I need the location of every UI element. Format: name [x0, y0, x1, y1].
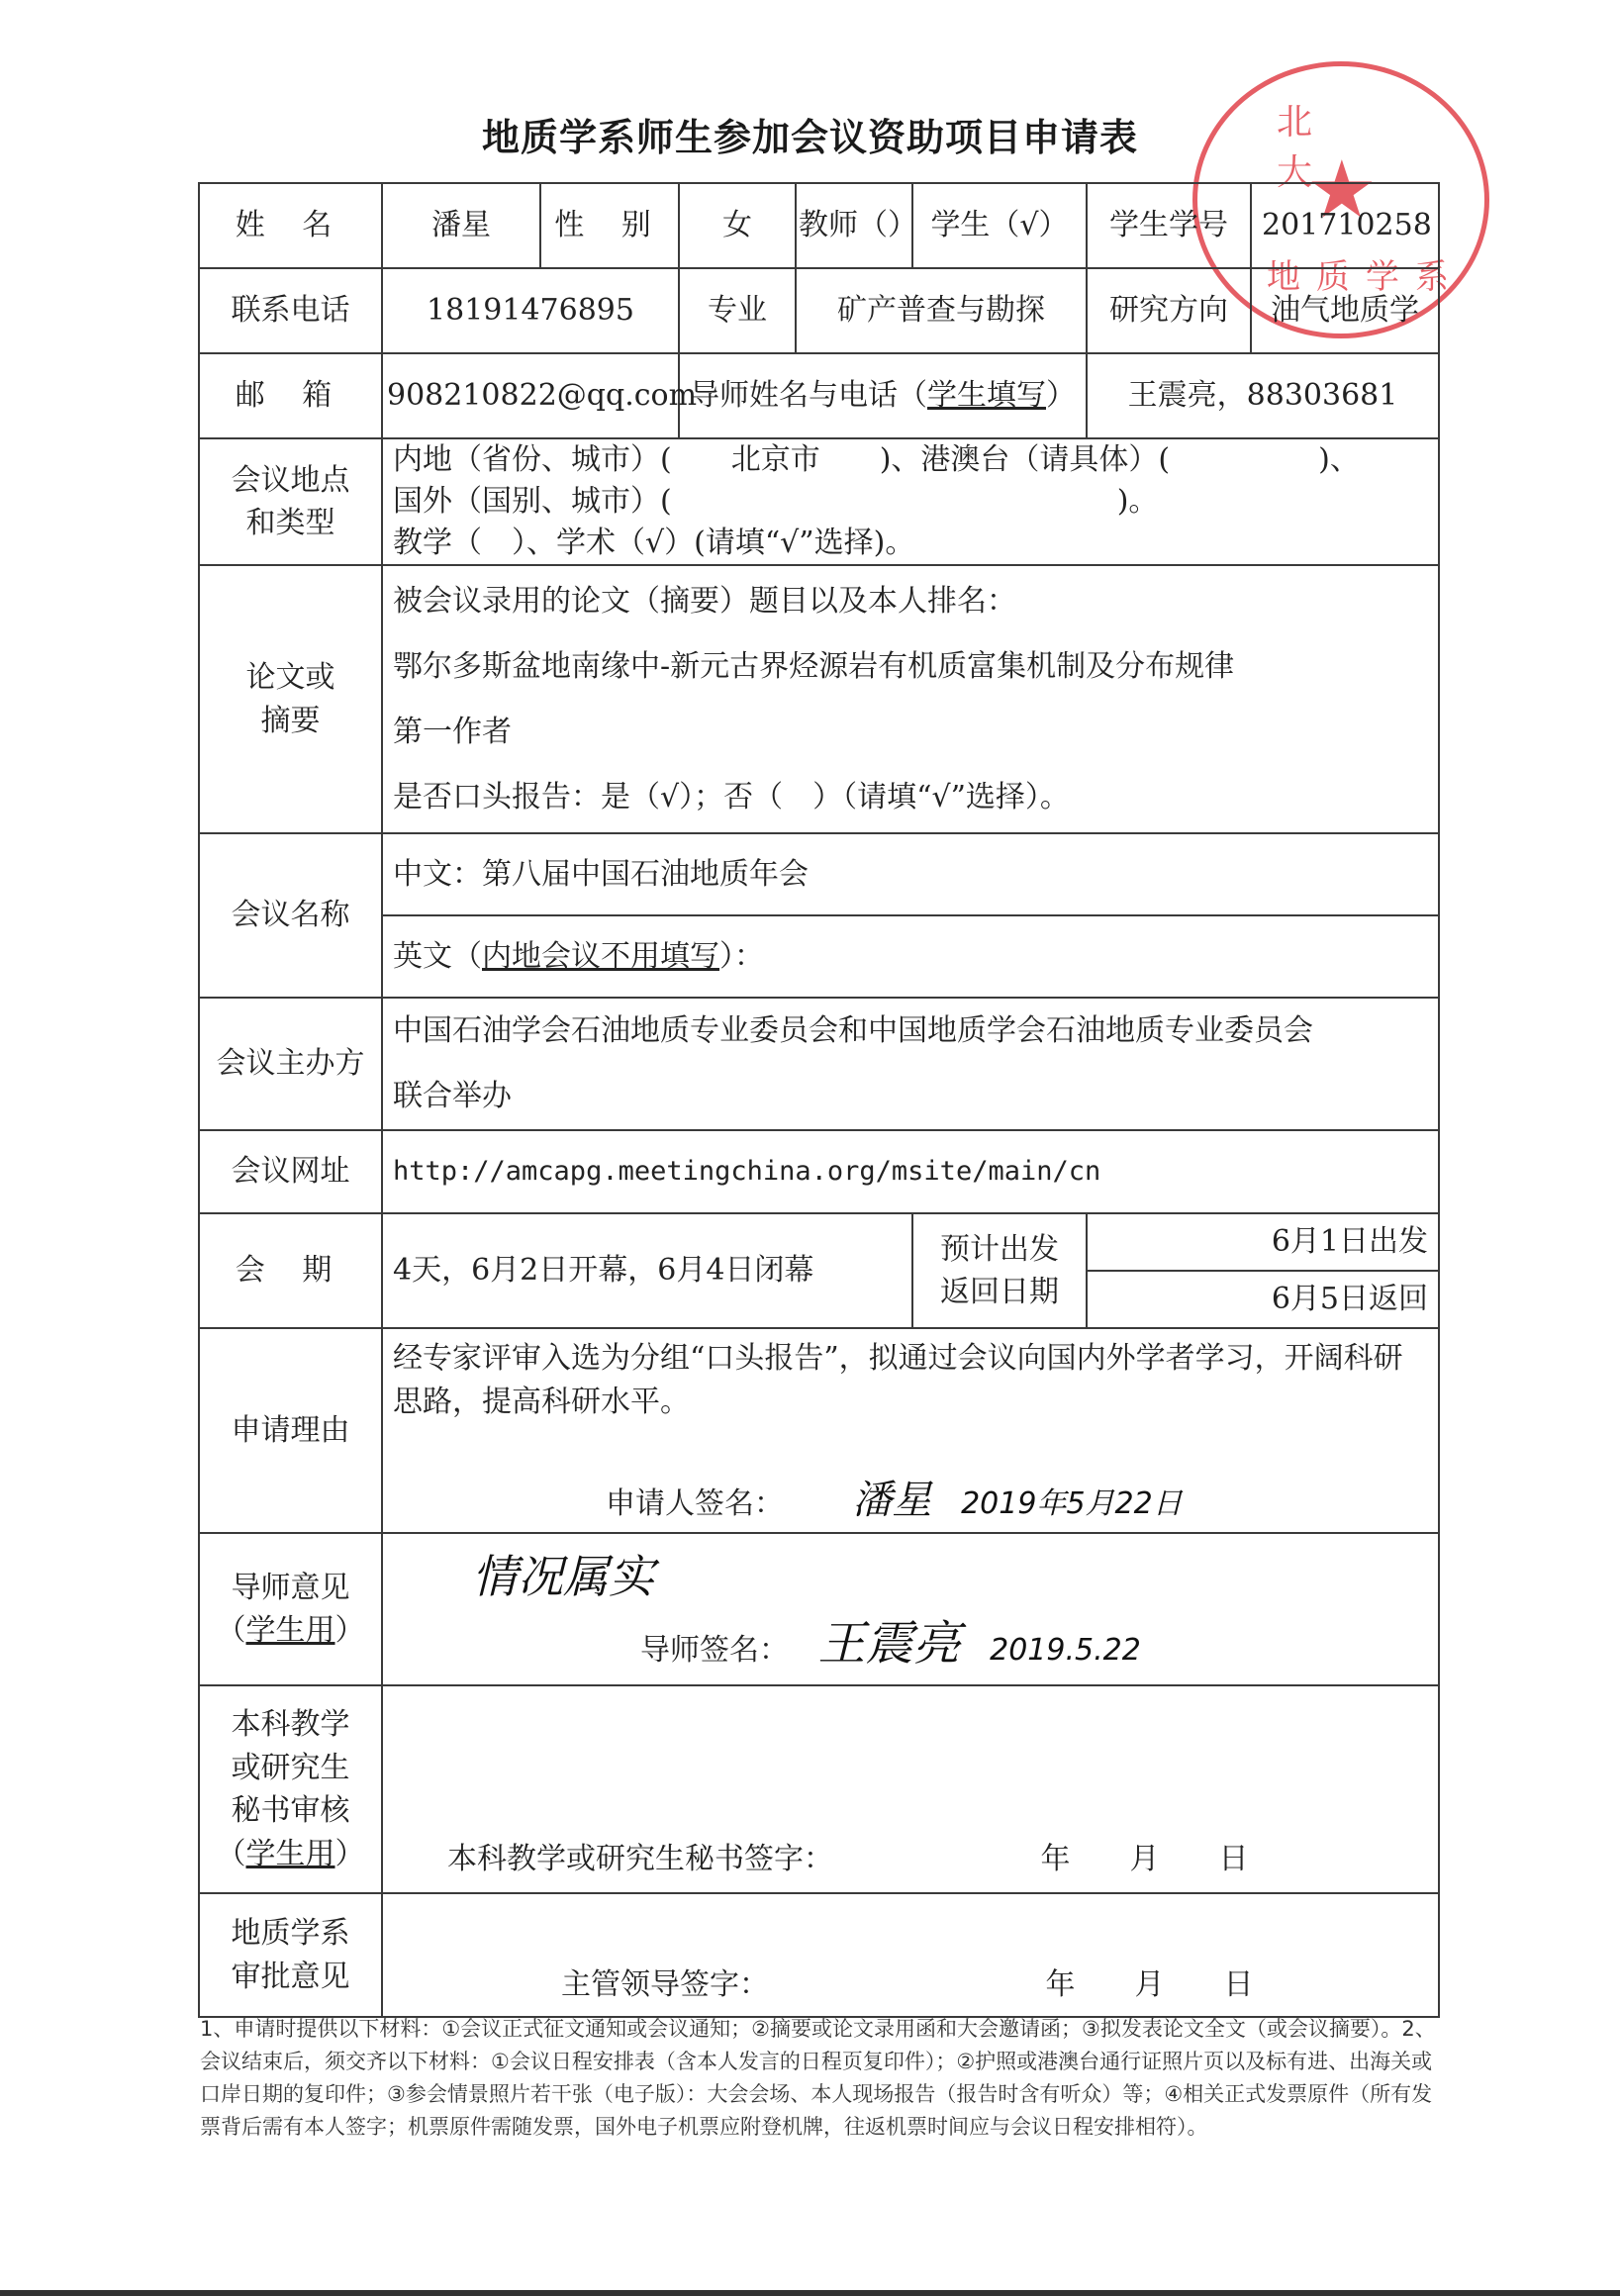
department-label-line1: 地质学系 — [210, 1912, 371, 1956]
reason-field[interactable]: 经专家评审入选为分组“口头报告”，拟通过会议向国内外学者学习，开阔科研思路，提高… — [382, 1328, 1439, 1533]
location-label-line2: 和类型 — [210, 502, 371, 545]
website-field[interactable]: http://amcapg.meetingchina.org/msite/mai… — [382, 1130, 1439, 1213]
applicant-signature-row: 申请人签名： 潘星 2019年5月22日 — [393, 1472, 1428, 1529]
secretary-label-line3: 秘书审核 — [210, 1789, 371, 1833]
row-reason: 申请理由 经专家评审入选为分组“口头报告”，拟通过会议向国内外学者学习，开阔科研… — [199, 1328, 1439, 1533]
applicant-signature[interactable]: 潘星 — [853, 1478, 932, 1523]
advisor-label-suffix: ） — [1046, 378, 1076, 413]
paper-label-line2: 摘要 — [210, 700, 371, 743]
row-contact: 联系电话 18191476895 专业 矿产普查与勘探 研究方向 油气地质学 — [199, 268, 1439, 353]
label-student-use: 学生用 — [246, 1613, 335, 1648]
secretary-review-label: 本科教学 或研究生 秘书审核 （学生用） — [199, 1685, 382, 1893]
secretary-date-field[interactable]: 年 月 日 — [1041, 1842, 1249, 1876]
row-conference-name-cn: 会议名称 中文：第八届中国石油地质年会 — [199, 833, 1439, 915]
applicant-signature-label: 申请人签名： — [606, 1486, 784, 1521]
secretary-review-field[interactable]: 本科教学或研究生秘书签字： 年 月 日 — [382, 1685, 1439, 1893]
travel-dates-label: 预计出发 返回日期 — [912, 1213, 1087, 1328]
advisor-signature-label: 导师签名： — [640, 1633, 789, 1668]
secretary-signature-label: 本科教学或研究生秘书签字： — [447, 1842, 833, 1876]
scan-bottom-edge — [0, 2290, 1620, 2296]
advisor-opinion-field[interactable]: 情况属实 导师签名： 王震亮 2019.5.22 — [382, 1533, 1439, 1685]
research-direction-field[interactable]: 油气地质学 — [1251, 268, 1439, 353]
english-note: 内地会议不用填写 — [482, 939, 719, 974]
paper-intro: 被会议录用的论文（摘要）题目以及本人排名： — [393, 569, 1428, 634]
page-title: 地质学系师生参加会议资助项目申请表 — [0, 107, 1620, 161]
row-email: 邮 箱 908210822@qq.com 导师姓名与电话（学生填写） 王震亮，8… — [199, 353, 1439, 438]
advisor-opinion-text[interactable]: 情况属实 — [393, 1544, 1428, 1610]
conference-name-cn-field[interactable]: 中文：第八届中国石油地质年会 — [382, 833, 1439, 915]
advisor-signature-row: 导师签名： 王震亮 2019.5.22 — [393, 1610, 1428, 1679]
student-id-label: 学生学号 — [1087, 183, 1251, 268]
oral-report-choice[interactable]: 是否口头报告：是（√）；否（ ）（请填“√”选择）。 — [393, 765, 1428, 830]
row-conference-name-en: 英文（内地会议不用填写）： — [199, 915, 1439, 998]
website-label: 会议网址 — [199, 1130, 382, 1213]
location-field[interactable]: 内地（省份、城市）( 北京市 )、港澳台（请具体）( )、 国外（国别、城市）(… — [382, 438, 1439, 565]
label-student-use: 学生用 — [246, 1837, 335, 1871]
paper-label: 论文或 摘要 — [199, 565, 382, 833]
row-basic-info: 姓 名 潘星 性 别 女 教师（） 学生（√） 学生学号 201710258 — [199, 183, 1439, 268]
author-rank[interactable]: 第一作者 — [393, 700, 1428, 765]
departure-date-field[interactable]: 6月1日出发 — [1087, 1213, 1439, 1271]
teacher-option-checkbox[interactable]: 教师（） — [796, 183, 912, 268]
organizer-line2[interactable]: 联合举办 — [393, 1064, 1428, 1129]
paper-field[interactable]: 被会议录用的论文（摘要）题目以及本人排名： 鄂尔多斯盆地南缘中-新元古界烃源岩有… — [382, 565, 1439, 833]
research-direction-label: 研究方向 — [1087, 268, 1251, 353]
row-period-departure: 会 期 4天，6月2日开幕，6月4日闭幕 预计出发 返回日期 6月1日出发 — [199, 1213, 1439, 1271]
application-form-table: 姓 名 潘星 性 别 女 教师（） 学生（√） 学生学号 201710258 联… — [198, 182, 1440, 2018]
location-label-line1: 会议地点 — [210, 459, 371, 503]
reason-label: 申请理由 — [199, 1328, 382, 1533]
label-paren-close: ） — [335, 1613, 365, 1648]
secretary-signature-row: 本科教学或研究生秘书签字： 年 月 日 — [393, 1838, 1428, 1881]
english-prefix: 英文（ — [393, 939, 482, 974]
location-foreign[interactable]: 国外（国别、城市）( )。 — [393, 481, 1428, 523]
advisor-field[interactable]: 王震亮，88303681 — [1087, 353, 1439, 438]
row-paper: 论文或 摘要 被会议录用的论文（摘要）题目以及本人排名： 鄂尔多斯盆地南缘中-新… — [199, 565, 1439, 833]
conference-name-label: 会议名称 — [199, 833, 382, 998]
row-location: 会议地点 和类型 内地（省份、城市）( 北京市 )、港澳台（请具体）( )、 国… — [199, 438, 1439, 565]
organizer-line1[interactable]: 中国石油学会石油地质专业委员会和中国地质学会石油地质专业委员会 — [393, 999, 1428, 1064]
phone-label: 联系电话 — [199, 268, 382, 353]
department-approval-field[interactable]: 主管领导签字： 年 月 日 — [382, 1893, 1439, 2017]
row-advisor-opinion: 导师意见 （学生用） 情况属实 导师签名： 王震亮 2019.5.22 — [199, 1533, 1439, 1685]
applicant-date[interactable]: 2019年5月22日 — [961, 1486, 1183, 1521]
row-secretary-review: 本科教学 或研究生 秘书审核 （学生用） 本科教学或研究生秘书签字： 年 月 日 — [199, 1685, 1439, 1893]
advisor-opinion-label: 导师意见 （学生用） — [199, 1533, 382, 1685]
leader-date-field[interactable]: 年 月 日 — [1046, 1967, 1254, 2002]
advisor-label-prefix: 导师姓名与电话（ — [690, 378, 927, 413]
period-field[interactable]: 4天，6月2日开幕，6月4日闭幕 — [382, 1213, 912, 1328]
period-label: 会 期 — [199, 1213, 382, 1328]
secretary-label-line1: 本科教学 — [210, 1703, 371, 1747]
row-website: 会议网址 http://amcapg.meetingchina.org/msit… — [199, 1130, 1439, 1213]
leader-signature-label: 主管领导签字： — [561, 1967, 769, 2002]
advisor-label-note: 学生填写 — [927, 378, 1046, 413]
location-domestic[interactable]: 内地（省份、城市）( 北京市 )、港澳台（请具体）( )、 — [393, 439, 1428, 481]
department-label-line2: 审批意见 — [210, 1956, 371, 1999]
advisor-opinion-label-line1: 导师意见 — [210, 1567, 371, 1610]
label-paren-close: ） — [335, 1837, 365, 1871]
organizer-label: 会议主办方 — [199, 998, 382, 1130]
name-label: 姓 名 — [199, 183, 382, 268]
advisor-label: 导师姓名与电话（学生填写） — [679, 353, 1087, 438]
student-id-field[interactable]: 201710258 — [1251, 183, 1439, 268]
name-field[interactable]: 潘星 — [382, 183, 540, 268]
row-department-approval: 地质学系 审批意见 主管领导签字： 年 月 日 — [199, 1893, 1439, 2017]
label-paren-open: （ — [217, 1837, 246, 1871]
label-paren-open: （ — [217, 1613, 246, 1648]
travel-label-line1: 预计出发 — [923, 1228, 1076, 1272]
secretary-label-line2: 或研究生 — [210, 1747, 371, 1790]
paper-label-line1: 论文或 — [210, 656, 371, 700]
english-suffix: ）： — [719, 939, 764, 974]
conference-name-en-field[interactable]: 英文（内地会议不用填写）： — [382, 915, 1439, 998]
major-field[interactable]: 矿产普查与勘探 — [796, 268, 1087, 353]
reason-text[interactable]: 经专家评审入选为分组“口头报告”，拟通过会议向国内外学者学习，开阔科研思路，提高… — [393, 1337, 1428, 1424]
return-date-field[interactable]: 6月5日返回 — [1087, 1271, 1439, 1328]
advisor-date[interactable]: 2019.5.22 — [990, 1633, 1141, 1668]
conference-type[interactable]: 教学（ ）、学术（√）(请填“√”选择)。 — [393, 523, 1428, 564]
department-approval-label: 地质学系 审批意见 — [199, 1893, 382, 2017]
major-label: 专业 — [679, 268, 796, 353]
email-field[interactable]: 908210822@qq.com — [382, 353, 679, 438]
row-organizer: 会议主办方 中国石油学会石油地质专业委员会和中国地质学会石油地质专业委员会 联合… — [199, 998, 1439, 1130]
gender-label: 性 别 — [540, 183, 679, 268]
email-label: 邮 箱 — [199, 353, 382, 438]
organizer-field[interactable]: 中国石油学会石油地质专业委员会和中国地质学会石油地质专业委员会 联合举办 — [382, 998, 1439, 1130]
advisor-signature[interactable]: 王震亮 — [818, 1616, 961, 1672]
gender-field[interactable]: 女 — [679, 183, 796, 268]
phone-field[interactable]: 18191476895 — [382, 268, 679, 353]
student-option-checkbox[interactable]: 学生（√） — [912, 183, 1087, 268]
travel-label-line2: 返回日期 — [923, 1271, 1076, 1314]
paper-title[interactable]: 鄂尔多斯盆地南缘中-新元古界烃源岩有机质富集机制及分布规律 — [393, 634, 1428, 700]
footnotes: 1、申请时提供以下材料：①会议正式征文通知或会议通知；②摘要或论文录用函和大会邀… — [200, 2013, 1439, 2144]
leader-signature-row: 主管领导签字： 年 月 日 — [393, 1963, 1428, 2007]
location-label: 会议地点 和类型 — [199, 438, 382, 565]
